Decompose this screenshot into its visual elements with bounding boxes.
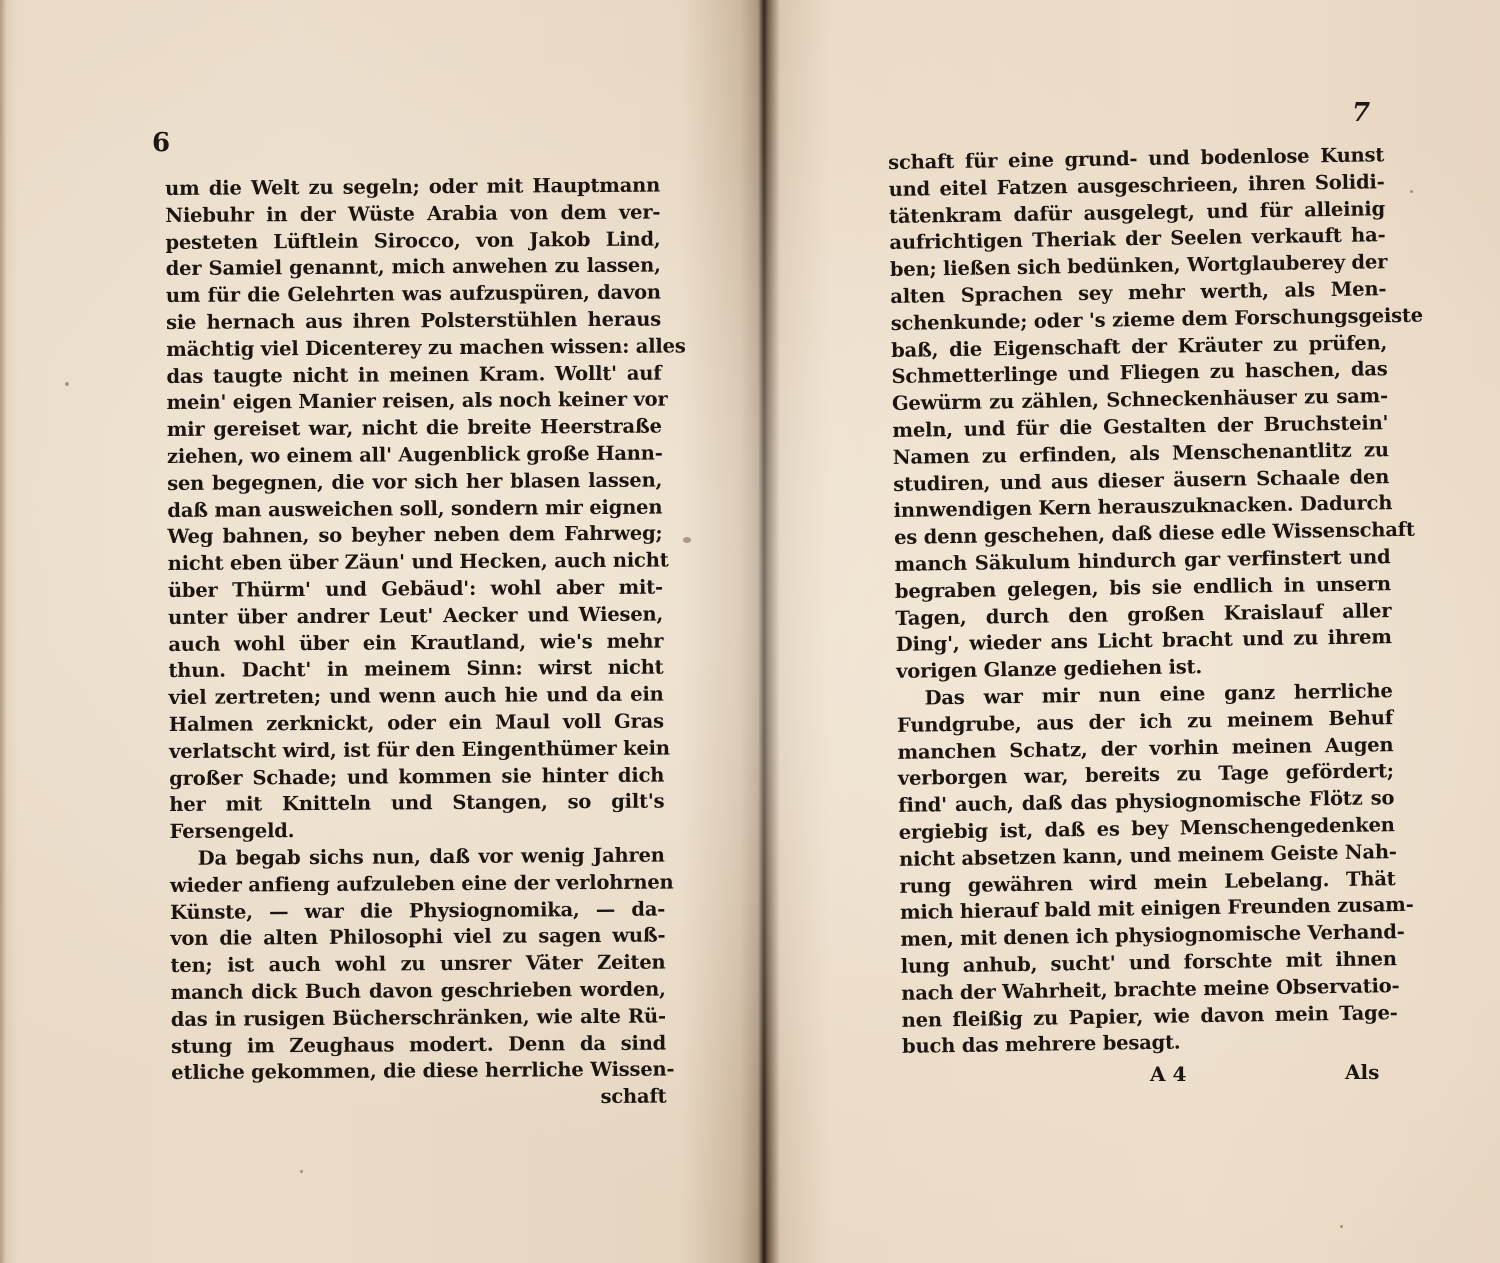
text-line: verlatscht wird, ist für den Eingenthüme…	[169, 735, 664, 765]
paper-speck	[1340, 1225, 1343, 1228]
right-page-text: schaft für eine grund- und bodenlose Kun…	[888, 142, 1398, 1061]
text-line: sen begegnen, die vor sich her blasen la…	[167, 467, 662, 497]
catchword-left: schaft	[171, 1084, 666, 1114]
text-line: ziehen, wo einem all' Augenblick große H…	[167, 441, 662, 471]
text-line: das in rusigen Bücherschränken, wie alte…	[171, 1003, 666, 1033]
text-line: um die Welt zu segeln; oder mit Hauptman…	[165, 173, 660, 203]
text-line: mein' eigen Manier reisen, als noch kein…	[166, 387, 661, 417]
catchword-right: Als	[1345, 1060, 1379, 1084]
text-line: thun. Dacht' in meinem Sinn: wirst nicht	[168, 655, 663, 685]
text-line: Niebuhr in der Wüste Arabia von dem ver-	[165, 199, 660, 229]
signature-mark: A 4	[1150, 1062, 1186, 1086]
right-page-number: 7	[1352, 98, 1370, 128]
paper-speck	[300, 1170, 303, 1173]
left-page-number: 6	[152, 128, 170, 158]
text-line: her mit Knitteln und Stangen, so gilt's	[169, 789, 664, 819]
text-line: manch dick Buch davon geschrieben worden…	[171, 976, 666, 1006]
text-line: Weg bahnen, so beyher neben dem Fahrweg;	[167, 521, 662, 551]
text-line: ten; ist auch wohl zu unsrer Väter Zeite…	[170, 950, 665, 980]
book-spread: 6 7 um die Welt zu segeln; oder mit Haup…	[0, 0, 1500, 1263]
text-line: über Thürm' und Gebäud': wohl aber mit-	[168, 574, 663, 604]
text-line: auch wohl über ein Krautland, wie's mehr	[168, 628, 663, 658]
text-line: daß man ausweichen soll, sondern mir eig…	[167, 494, 662, 524]
text-line: viel zertreten; und wenn auch hie und da…	[169, 682, 664, 712]
text-line: Fersengeld.	[169, 816, 664, 846]
text-line: mir gereiset war, nicht die breite Heers…	[167, 414, 662, 444]
text-line: der Samiel genannt, mich anwehen zu lass…	[166, 253, 661, 283]
text-line: um für die Gelehrten was aufzuspüren, da…	[166, 280, 661, 310]
text-line: stung im Zeughaus modert. Denn da sind	[171, 1030, 666, 1060]
text-line: Künste, — war die Physiognomika, — da-	[170, 896, 665, 926]
text-line: sie hernach aus ihren Polsterstühlen her…	[166, 307, 661, 337]
text-line: etliche gekommen, die diese herrliche Wi…	[171, 1057, 666, 1087]
text-line: unter über andrer Leut' Aecker und Wiese…	[168, 601, 663, 631]
text-line: mächtig viel Dicenterey zu machen wissen…	[166, 333, 661, 363]
paper-speck	[683, 537, 691, 543]
paper-speck	[65, 382, 69, 386]
text-line: pesteten Lüftlein Sirocco, von Jakob Lin…	[165, 226, 660, 256]
text-line: nicht eben über Zäun' und Hecken, auch n…	[168, 548, 663, 578]
text-line: wieder anfieng aufzuleben eine der verlo…	[170, 869, 665, 899]
text-line: großer Schade; und kommen sie hinter dic…	[169, 762, 664, 792]
text-line: Halmen zerknickt, oder ein Maul voll Gra…	[169, 708, 664, 738]
paragraph-start-line: Da begab sichs nun, daß vor wenig Jahren	[170, 842, 665, 872]
text-line: das taugte nicht in meinen Kram. Wollt' …	[166, 360, 661, 390]
left-page-text: um die Welt zu segeln; oder mit Hauptman…	[165, 173, 667, 1114]
text-line: von die alten Philosophi viel zu sagen w…	[170, 923, 665, 953]
paper-speck	[1410, 190, 1413, 193]
